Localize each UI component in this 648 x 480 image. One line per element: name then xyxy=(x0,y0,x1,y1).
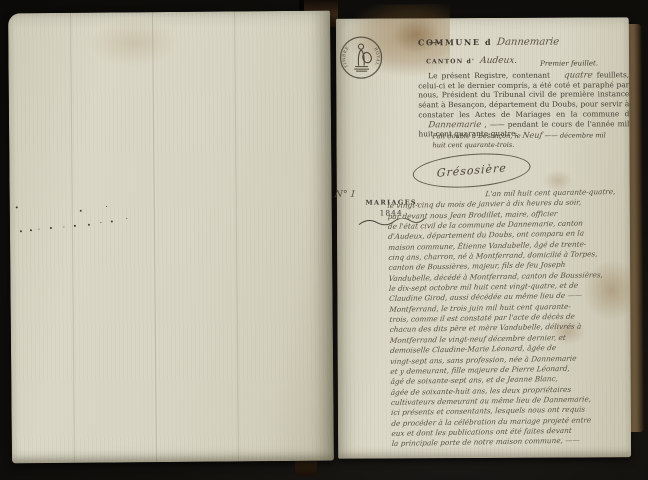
ink-spatter xyxy=(16,206,18,208)
fold-line xyxy=(234,11,239,461)
attestation-line: Fait double à Besançon, le Neuf —— décem… xyxy=(432,131,610,149)
rule-divider xyxy=(429,42,442,43)
register-paragraph-part1: Le présent Registre, contenant xyxy=(428,71,554,81)
left-blank-page xyxy=(8,11,334,464)
timbre-royal-stamp-icon: TIMBRE ROYAL xyxy=(338,35,384,81)
president-signature: Grésosière xyxy=(412,150,532,192)
commune-value-handwritten-2: Dannemarie xyxy=(418,121,482,129)
feuillet-note: Premier feuillet. xyxy=(506,59,598,67)
book-spine-bottom xyxy=(295,461,317,476)
marriage-act-handwritten-text: L'an mil huit cent quarante-quatre, le v… xyxy=(387,187,632,450)
canton-line: CANTON d' Audeux. xyxy=(426,48,517,67)
commune-value-handwritten: Dannemarie xyxy=(497,37,560,48)
feuillets-count-handwritten: quatre xyxy=(554,71,593,79)
scanned-register-page: TIMBRE ROYAL COMMUNE d Dannemarie CANTON… xyxy=(0,0,648,480)
fold-line xyxy=(152,12,157,462)
fold-line xyxy=(70,13,75,463)
act-number: N° 1 xyxy=(334,190,356,200)
paper-stain xyxy=(88,18,178,67)
register-title-page: TIMBRE ROYAL COMMUNE d Dannemarie CANTON… xyxy=(336,17,631,459)
signature-name: Grésosière xyxy=(436,161,507,179)
attestation-part1: Fait double à Besançon, le xyxy=(432,132,522,140)
canton-label: CANTON d' xyxy=(426,58,475,65)
register-paragraph: Le présent Registre, contenant quatre fe… xyxy=(418,70,629,139)
attestation-date-handwritten: Neuf xyxy=(522,132,543,141)
commune-line: COMMUNE d Dannemarie xyxy=(418,30,560,50)
